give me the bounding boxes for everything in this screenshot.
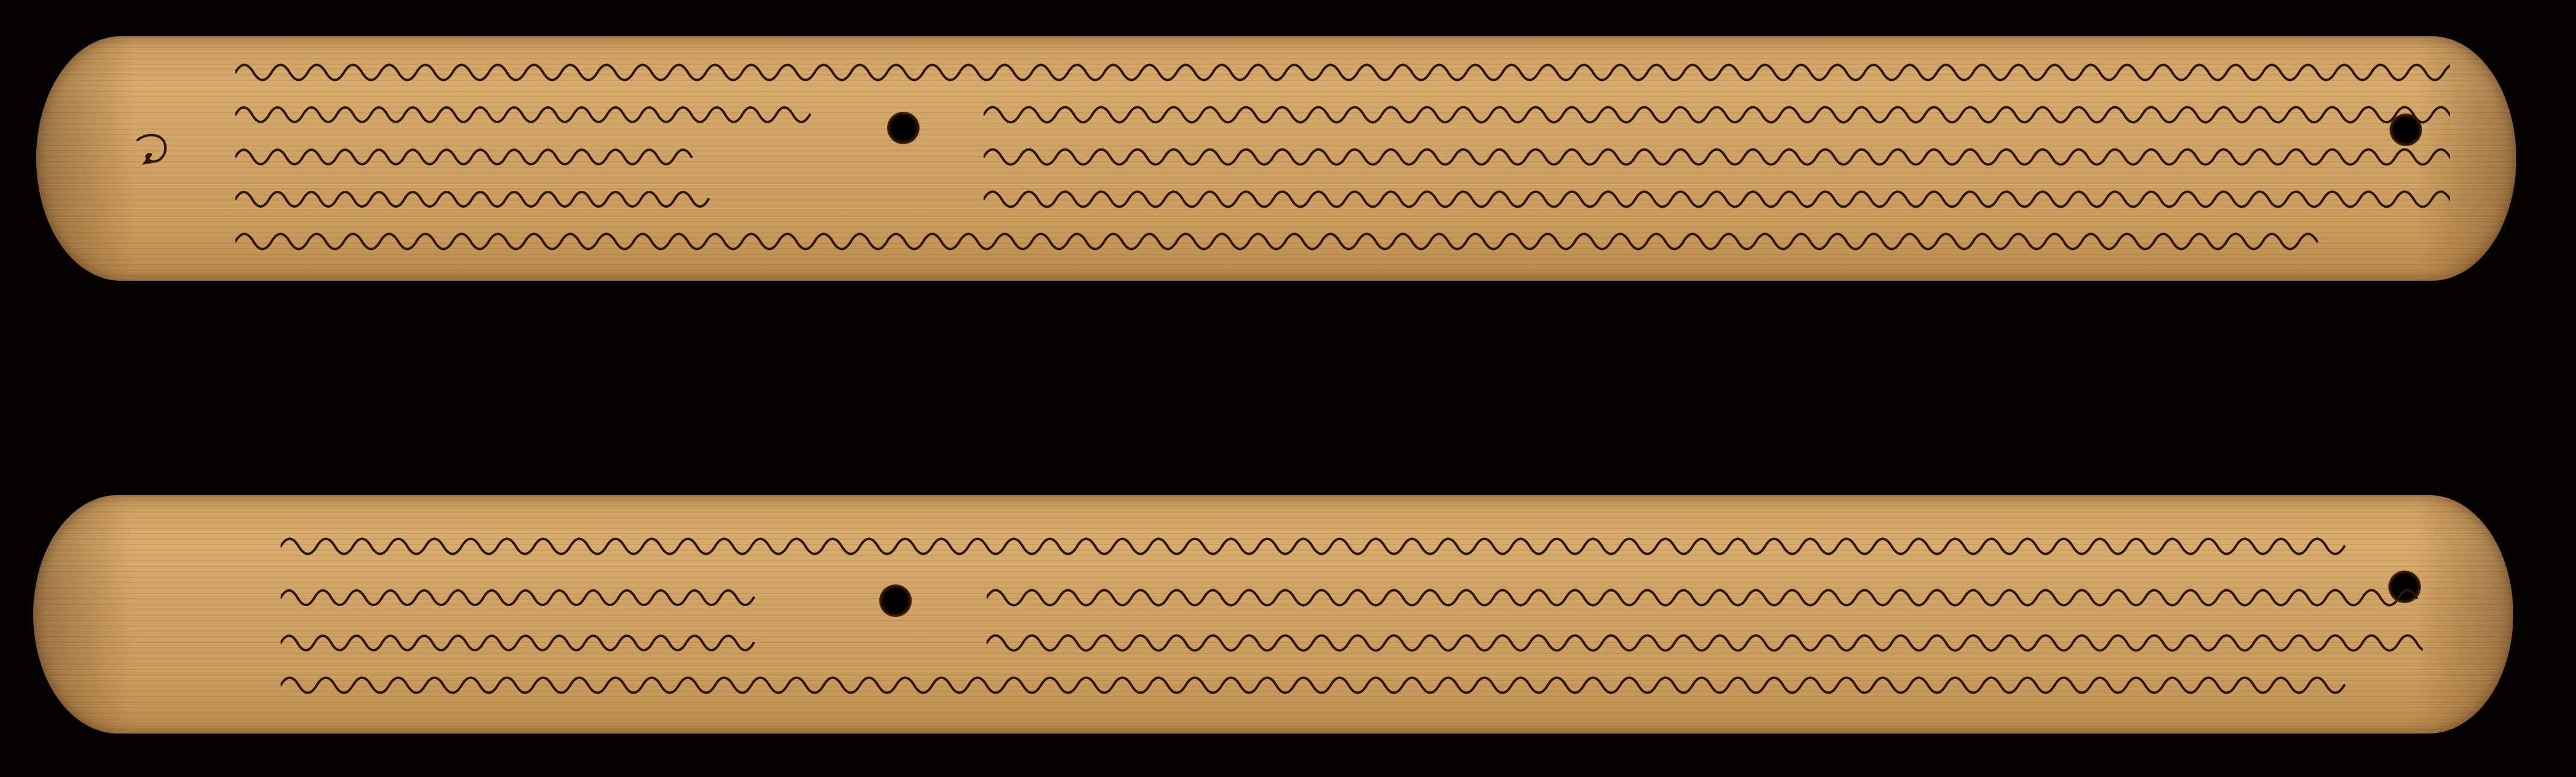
text-line-1 [281,528,2423,564]
text-line-2-left [235,97,815,133]
text-line-3-left [281,625,763,661]
text-line-4-right [984,181,2450,217]
binding-hole-center [887,112,920,144]
text-line-2-right [987,580,2423,616]
text-line-1 [235,54,2450,91]
text-line-3-right [984,139,2450,175]
palm-leaf-bottom [33,495,2513,734]
leaf-number-marker-icon [127,127,175,175]
palm-leaf-top [36,36,2516,281]
text-line-3-left [235,139,694,175]
text-line-4-left [235,181,712,217]
text-line-2-left [281,580,763,616]
text-line-3-right [987,625,2423,661]
text-line-4 [281,667,2423,703]
text-line-2-right [984,97,2450,133]
text-line-5 [235,223,2450,260]
binding-hole-center [879,584,912,617]
